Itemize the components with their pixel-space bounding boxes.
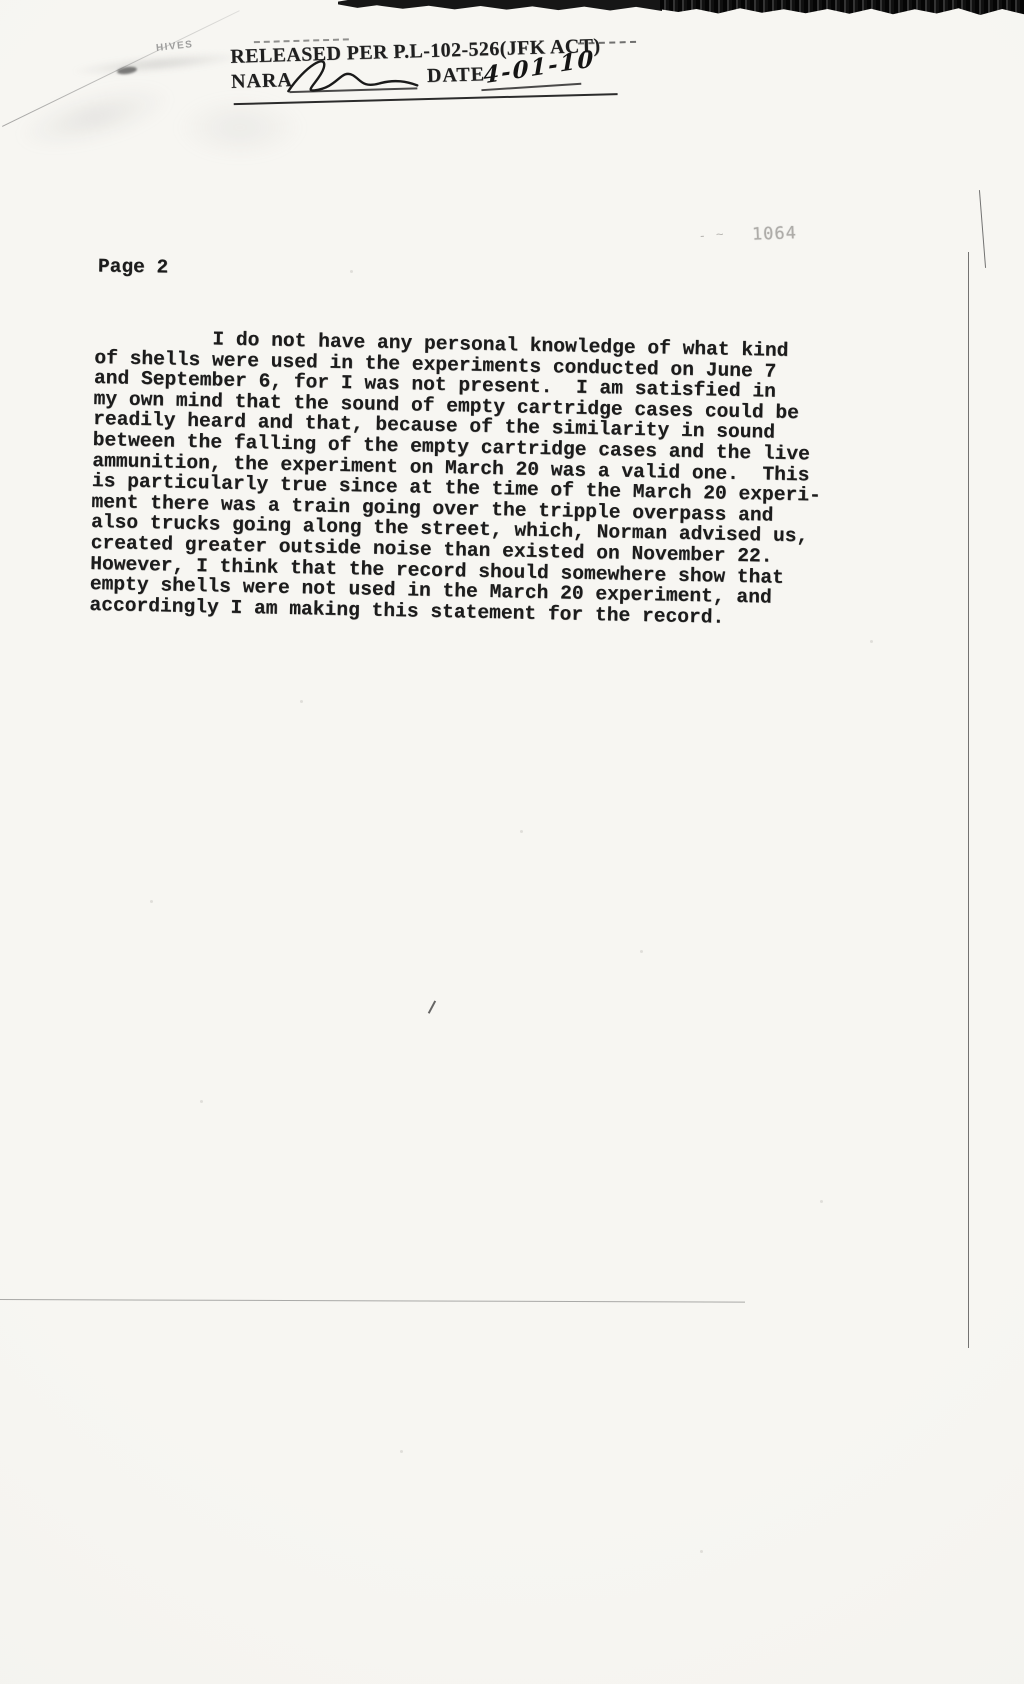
- faint-page-number: 1064: [752, 223, 798, 245]
- stray-pen-mark: [428, 1000, 436, 1013]
- paper-speck: [700, 1550, 703, 1553]
- smudge-mark: [11, 72, 178, 162]
- paper-speck: [640, 950, 643, 953]
- page-number: Page 2: [98, 256, 169, 279]
- scanner-edge-artifact: [338, 0, 662, 11]
- page-fold-vertical-line: [968, 252, 969, 1348]
- paper-speck: [350, 270, 353, 273]
- typed-paragraph: I do not have any personal knowledge of …: [89, 327, 824, 630]
- stamp-date-label: DATE: [427, 63, 486, 88]
- scanned-document-page: HIVES RELEASED PER P.L-102-526(JFK ACT) …: [0, 0, 1024, 1684]
- scanner-edge-artifact: [660, 0, 1024, 15]
- paper-speck: [400, 1450, 403, 1453]
- archives-stamp-fragment: HIVES: [156, 39, 194, 54]
- paper-speck: [200, 1100, 203, 1103]
- signature-icon: [282, 53, 421, 105]
- page-edge-horizontal-line: [0, 1299, 745, 1303]
- paper-speck: [820, 1200, 823, 1203]
- diagonal-tick-mark: [979, 190, 986, 268]
- paper-speck: [300, 700, 303, 703]
- paper-speck: [150, 900, 153, 903]
- paper-speck: [520, 830, 523, 833]
- faint-pencil-marks: - ~: [700, 226, 729, 243]
- release-stamp: RELEASED PER P.L-102-526(JFK ACT) NARA D…: [226, 34, 628, 116]
- paper-speck: [870, 640, 873, 643]
